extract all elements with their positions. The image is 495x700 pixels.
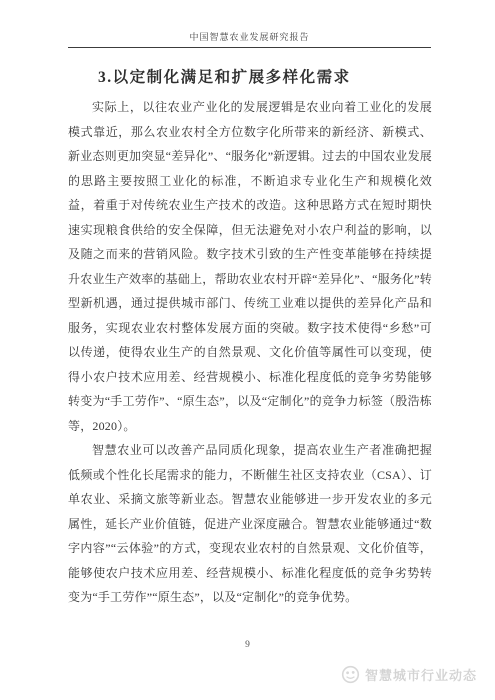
body-paragraph: 智慧农业可以改善产品同质化现象，提高农业生产者准确把握低频或个性化长尾需求的能力… bbox=[68, 438, 432, 610]
section-heading: 3.以定制化满足和扩展多样化需求 bbox=[98, 65, 432, 87]
panda-logo-icon bbox=[341, 665, 360, 684]
body-paragraph: 实际上，以往农业产业化的发展逻辑是农业向着工业化的发展模式靠近，那么农业农村全方… bbox=[68, 95, 432, 438]
body-text: 实际上，以往农业产业化的发展逻辑是农业向着工业化的发展模式靠近，那么农业农村全方… bbox=[68, 95, 432, 610]
page-header: 中国智慧农业发展研究报告 bbox=[68, 30, 431, 48]
watermark: 智慧城市行业动态 bbox=[341, 665, 477, 684]
report-header-title: 中国智慧农业发展研究报告 bbox=[189, 32, 309, 42]
page-number: 9 bbox=[0, 640, 495, 650]
document-page: 中国智慧农业发展研究报告 3.以定制化满足和扩展多样化需求 实际上，以往农业产业… bbox=[0, 0, 495, 700]
watermark-label: 智慧城市行业动态 bbox=[365, 665, 477, 684]
